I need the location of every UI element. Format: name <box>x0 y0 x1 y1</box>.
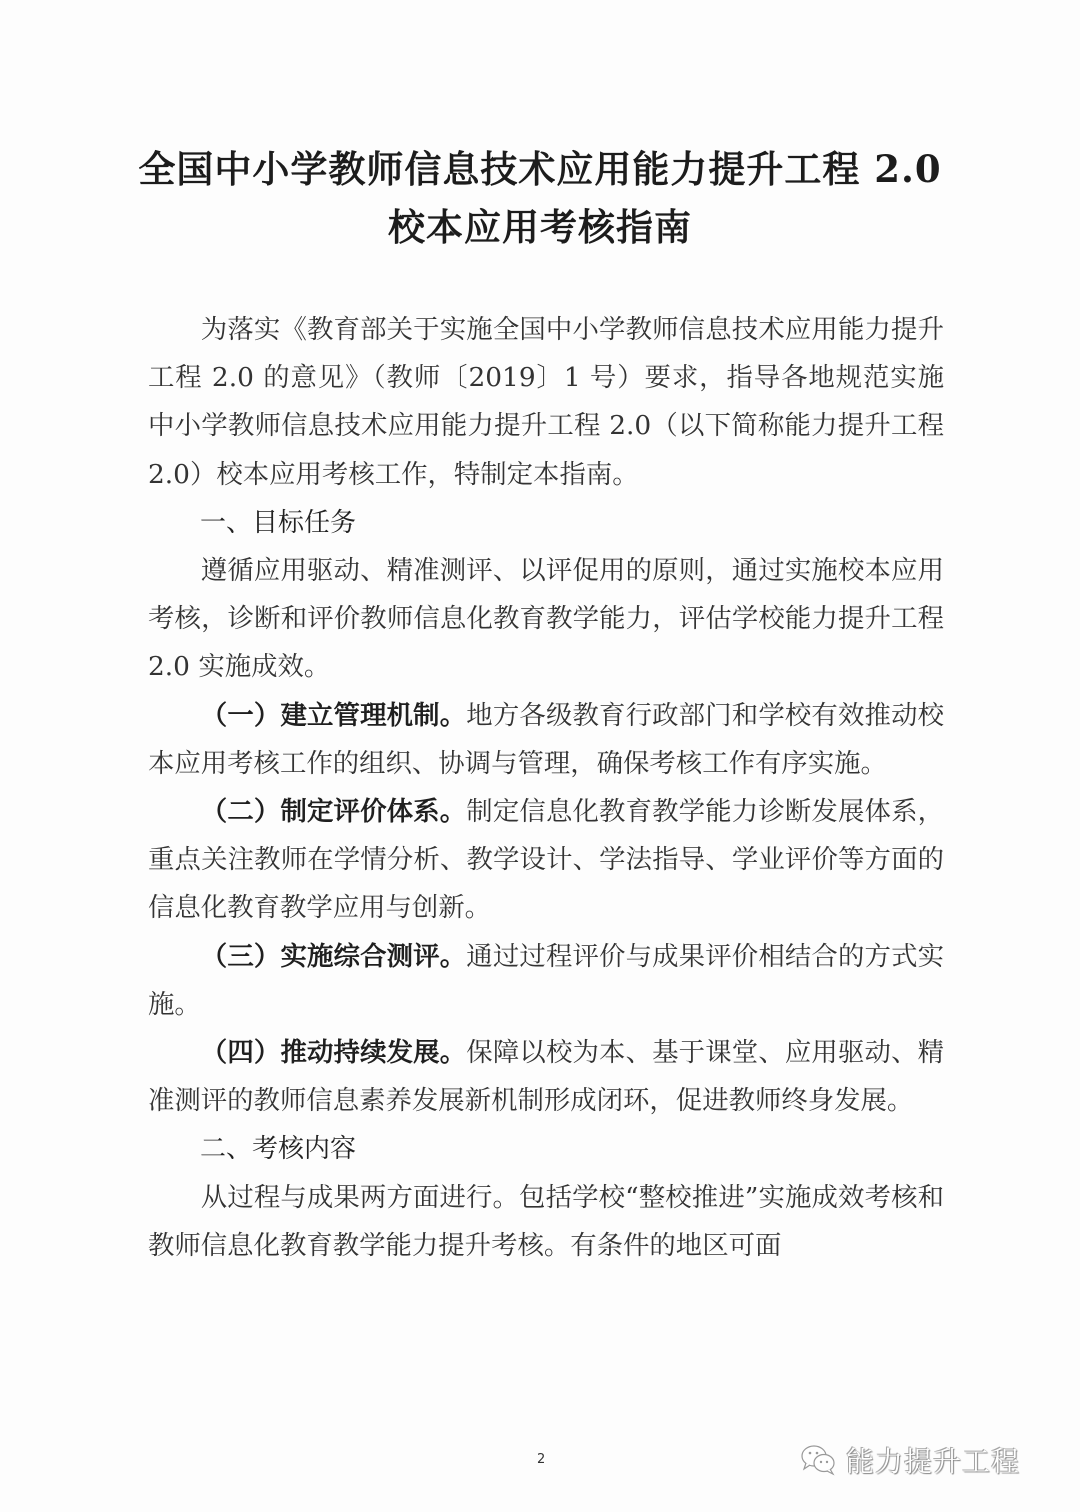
document-title-line1: 全国中小学教师信息技术应用能力提升工程 2.0 <box>0 139 1080 193</box>
section-heading-goals: 一、目标任务 <box>148 499 944 547</box>
intro-paragraph: 为落实《教育部关于实施全国中小学教师信息技术应用能力提升工程 2.0 的意见》（… <box>148 306 944 499</box>
goal-item-1-lead: （一）建立管理机制。 <box>201 700 467 731</box>
section-content-paragraph: 从过程与成果两方面进行。包括学校“整校推进”实施成效考核和教师信息化教育教学能力… <box>148 1174 944 1270</box>
goal-item-3: （三）实施综合测评。通过过程评价与成果评价相结合的方式实施。 <box>148 933 944 1029</box>
watermark-label: 能力提升工程 <box>846 1440 1020 1480</box>
goal-item-2: （二）制定评价体系。制定信息化教育教学能力诊断发展体系，重点关注教师在学情分析、… <box>148 788 944 933</box>
watermark: 能力提升工程 <box>800 1440 1020 1480</box>
goal-item-4: （四）推动持续发展。保障以校为本、基于课堂、应用驱动、精准测评的教师信息素养发展… <box>148 1029 944 1125</box>
section-heading-content: 二、考核内容 <box>148 1125 944 1173</box>
goal-item-1: （一）建立管理机制。地方各级教育行政部门和学校有效推动校本应用考核工作的组织、协… <box>148 692 944 788</box>
section-goals-paragraph: 遵循应用驱动、精准测评、以评促用的原则，通过实施校本应用考核，诊断和评价教师信息… <box>148 547 944 692</box>
page-number: 2 <box>537 1452 545 1467</box>
goal-item-4-lead: （四）推动持续发展。 <box>201 1037 467 1068</box>
goal-item-3-lead: （三）实施综合测评。 <box>201 941 467 972</box>
goal-item-2-lead: （二）制定评价体系。 <box>201 796 467 827</box>
document-body: 为落实《教育部关于实施全国中小学教师信息技术应用能力提升工程 2.0 的意见》（… <box>148 306 944 1270</box>
wechat-icon <box>800 1444 838 1476</box>
document-page: 全国中小学教师信息技术应用能力提升工程 2.0 校本应用考核指南 为落实《教育部… <box>0 0 1080 1512</box>
document-title-line2: 校本应用考核指南 <box>0 197 1080 251</box>
